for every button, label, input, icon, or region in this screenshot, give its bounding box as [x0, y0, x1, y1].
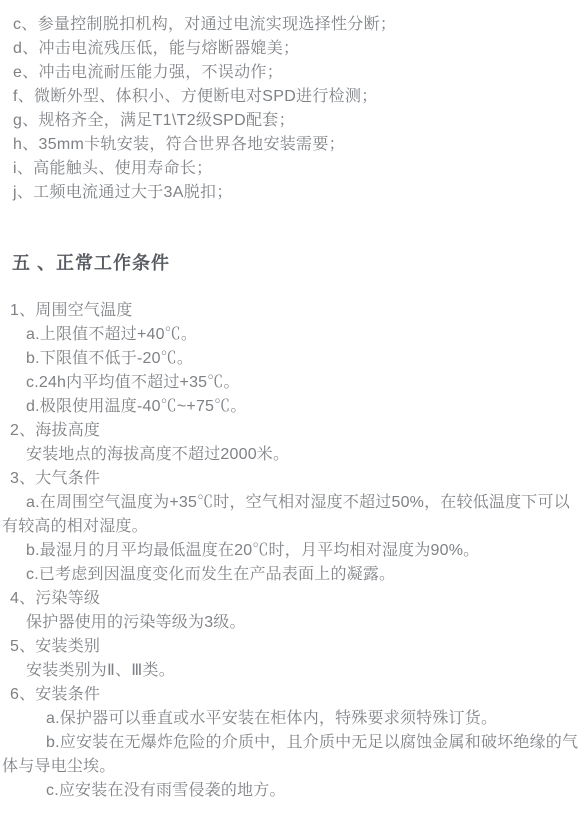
condition-group: 3、大气条件a.在周围空气温度为+35℃时，空气相对湿度不超过50%，在较低温度… [2, 467, 580, 587]
condition-subitem: b.下限值不低于-20℃。 [2, 347, 580, 371]
condition-subitem: a.上限值不超过+40℃。 [2, 323, 580, 347]
condition-subitem: c.24h内平均值不超过+35℃。 [2, 371, 580, 395]
condition-group: 1、周围空气温度a.上限值不超过+40℃。b.下限值不低于-20℃。c.24h内… [2, 299, 580, 419]
feature-list-item: c、参量控制脱扣机构，对通过电流实现选择性分断； [13, 13, 580, 37]
conditions-list: 1、周围空气温度a.上限值不超过+40℃。b.下限值不低于-20℃。c.24h内… [2, 299, 580, 803]
feature-list-item: h、35mm卡轨安装，符合世界各地安装需要； [13, 133, 580, 157]
condition-title: 1、周围空气温度 [2, 299, 580, 323]
feature-list-item: g、规格齐全，满足T1\T2级SPD配套； [13, 109, 580, 133]
condition-group: 6、安装条件a.保护器可以垂直或水平安装在柜体内，特殊要求须特殊订货。b.应安装… [2, 683, 580, 803]
condition-title: 4、污染等级 [2, 587, 580, 611]
feature-list-item: e、冲击电流耐压能力强，不误动作； [13, 61, 580, 85]
document-page: c、参量控制脱扣机构，对通过电流实现选择性分断；d、冲击电流残压低，能与熔断器媲… [0, 0, 588, 823]
condition-group: 2、海拔高度安装地点的海拔高度不超过2000米。 [2, 419, 580, 467]
condition-subitem: 安装地点的海拔高度不超过2000米。 [2, 443, 580, 467]
condition-subitem: a.保护器可以垂直或水平安装在柜体内，特殊要求须特殊订货。 [2, 707, 580, 731]
condition-subitem: c.已考虑到因温度变化而发生在产品表面上的凝露。 [2, 563, 580, 587]
condition-subitem: a.在周围空气温度为+35℃时，空气相对湿度不超过50%，在较低温度下可以有较高… [2, 491, 580, 539]
feature-list-item: d、冲击电流残压低，能与熔断器媲美； [13, 37, 580, 61]
condition-title: 6、安装条件 [2, 683, 580, 707]
condition-subitem: b.应安装在无爆炸危险的介质中，且介质中无足以腐蚀金属和破坏绝缘的气体与导电尘埃… [2, 731, 580, 779]
feature-list: c、参量控制脱扣机构，对通过电流实现选择性分断；d、冲击电流残压低，能与熔断器媲… [2, 13, 580, 205]
condition-group: 5、安装类别安装类别为Ⅱ、Ⅲ类。 [2, 635, 580, 683]
section-heading: 五 、正常工作条件 [2, 251, 580, 275]
condition-title: 5、安装类别 [2, 635, 580, 659]
condition-subitem: 安装类别为Ⅱ、Ⅲ类。 [2, 659, 580, 683]
condition-subitem: c.应安装在没有雨雪侵袭的地方。 [2, 779, 580, 803]
feature-list-item: i、高能触头、使用寿命长； [13, 157, 580, 181]
condition-title: 3、大气条件 [2, 467, 580, 491]
feature-list-item: f、微断外型、体积小、方便断电对SPD进行检测； [13, 85, 580, 109]
condition-subitem: 保护器使用的污染等级为3级。 [2, 611, 580, 635]
condition-subitem: b.最湿月的月平均最低温度在20℃时，月平均相对湿度为90%。 [2, 539, 580, 563]
feature-list-item: j、工频电流通过大于3A脱扣； [13, 181, 580, 205]
condition-group: 4、污染等级保护器使用的污染等级为3级。 [2, 587, 580, 635]
condition-title: 2、海拔高度 [2, 419, 580, 443]
condition-subitem: d.极限使用温度-40℃~+75℃。 [2, 395, 580, 419]
